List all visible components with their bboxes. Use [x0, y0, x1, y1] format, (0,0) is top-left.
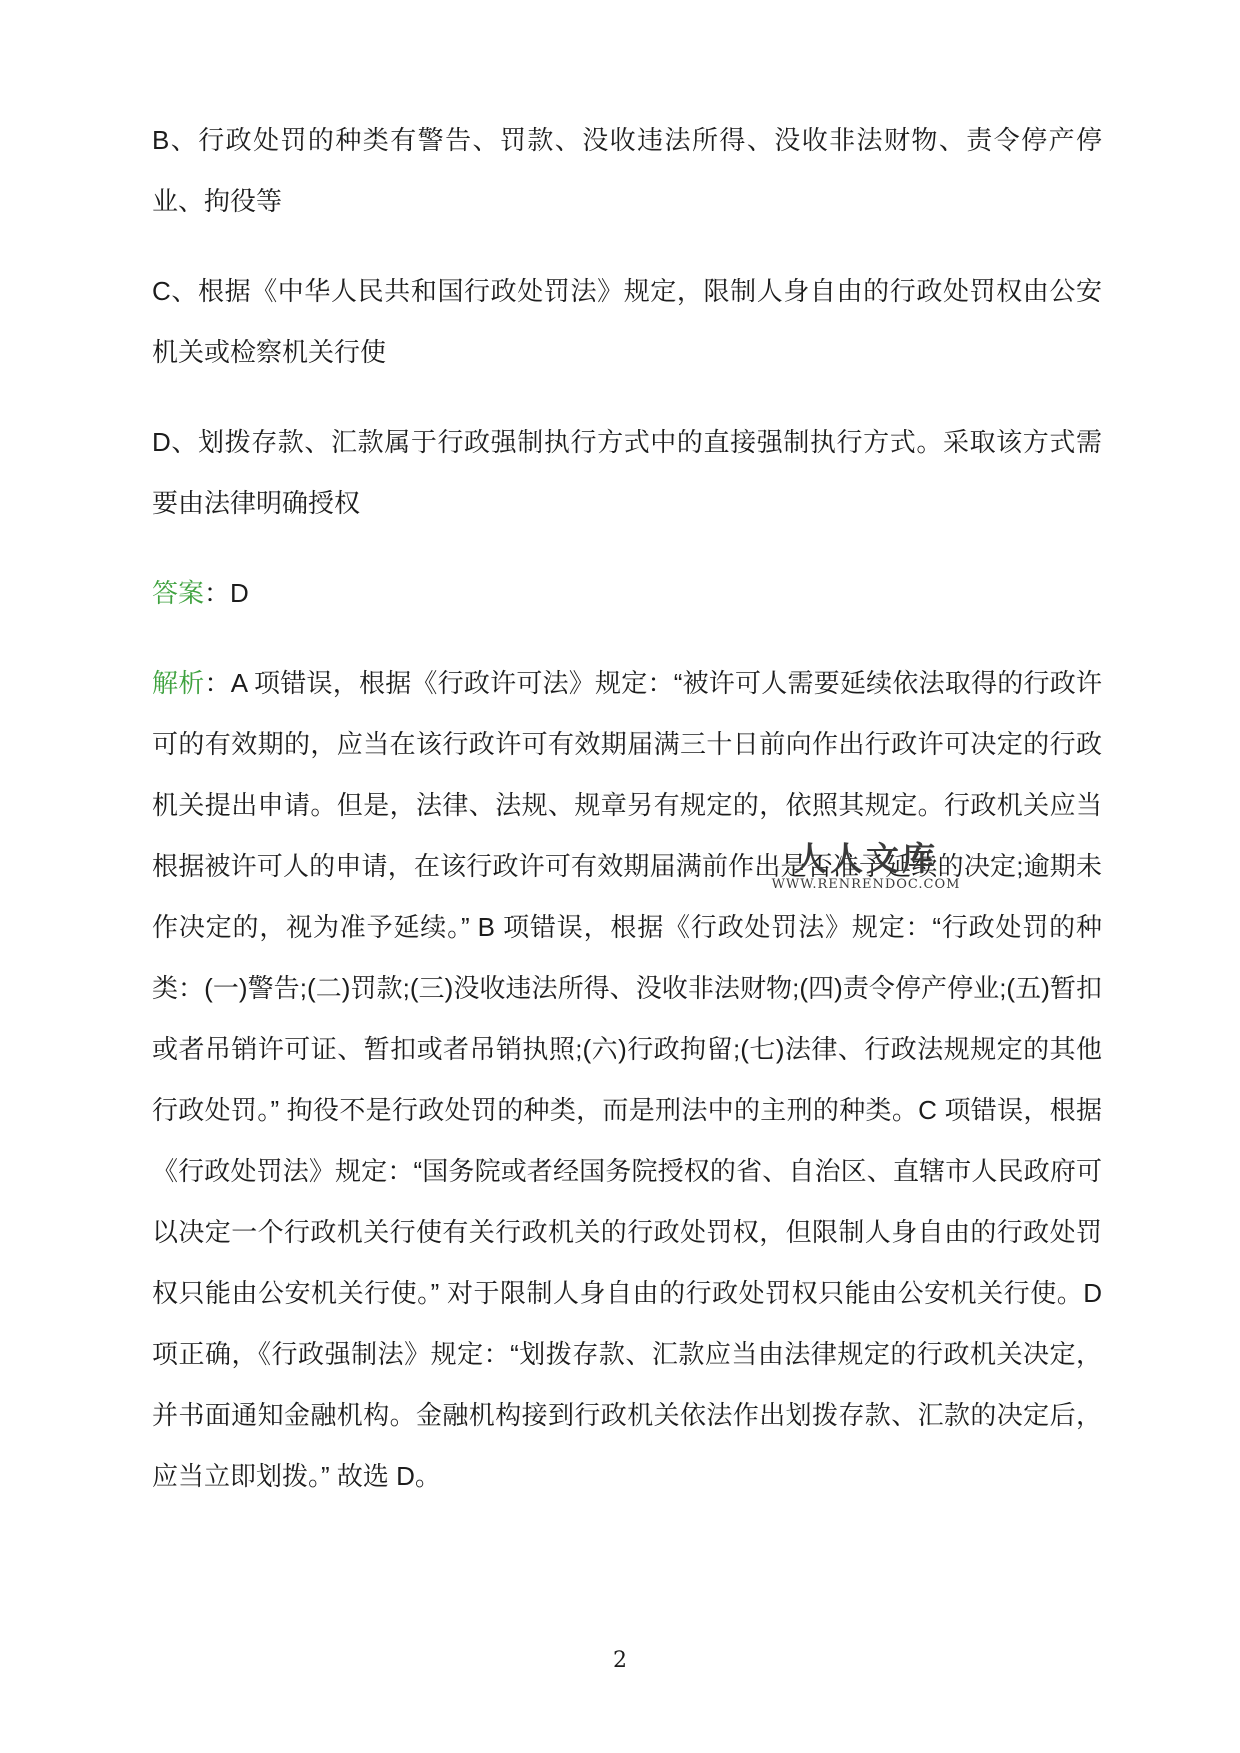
answer-value: D	[230, 578, 249, 608]
option-d: D、划拨存款、汇款属于行政强制执行方式中的直接强制执行方式。采取该方式需要由法律…	[152, 412, 1102, 534]
analysis-text: A 项错误，根据《行政许可法》规定：“被许可人需要延续依法取得的行政许可的有效期…	[152, 668, 1102, 1491]
analysis-label: 解析	[152, 668, 204, 698]
answer-label: 答案	[152, 578, 204, 608]
page-number: 2	[0, 1648, 1240, 1673]
document-page: B、行政处罚的种类有警告、罚款、没收违法所得、没收非法财物、责令停产停业、拘役等…	[0, 0, 1240, 1753]
option-b: B、行政处罚的种类有警告、罚款、没收违法所得、没收非法财物、责令停产停业、拘役等	[152, 110, 1102, 232]
option-c: C、根据《中华人民共和国行政处罚法》规定，限制人身自由的行政处罚权由公安机关或检…	[152, 261, 1102, 383]
analysis-separator: ：	[204, 668, 230, 698]
answer-separator: ：	[204, 578, 230, 608]
question-content: B、行政处罚的种类有警告、罚款、没收违法所得、没收非法财物、责令停产停业、拘役等…	[152, 110, 1102, 1536]
analysis-paragraph: 解析：A 项错误，根据《行政许可法》规定：“被许可人需要延续依法取得的行政许可的…	[152, 653, 1102, 1507]
answer-line: 答案：D	[152, 563, 1102, 624]
